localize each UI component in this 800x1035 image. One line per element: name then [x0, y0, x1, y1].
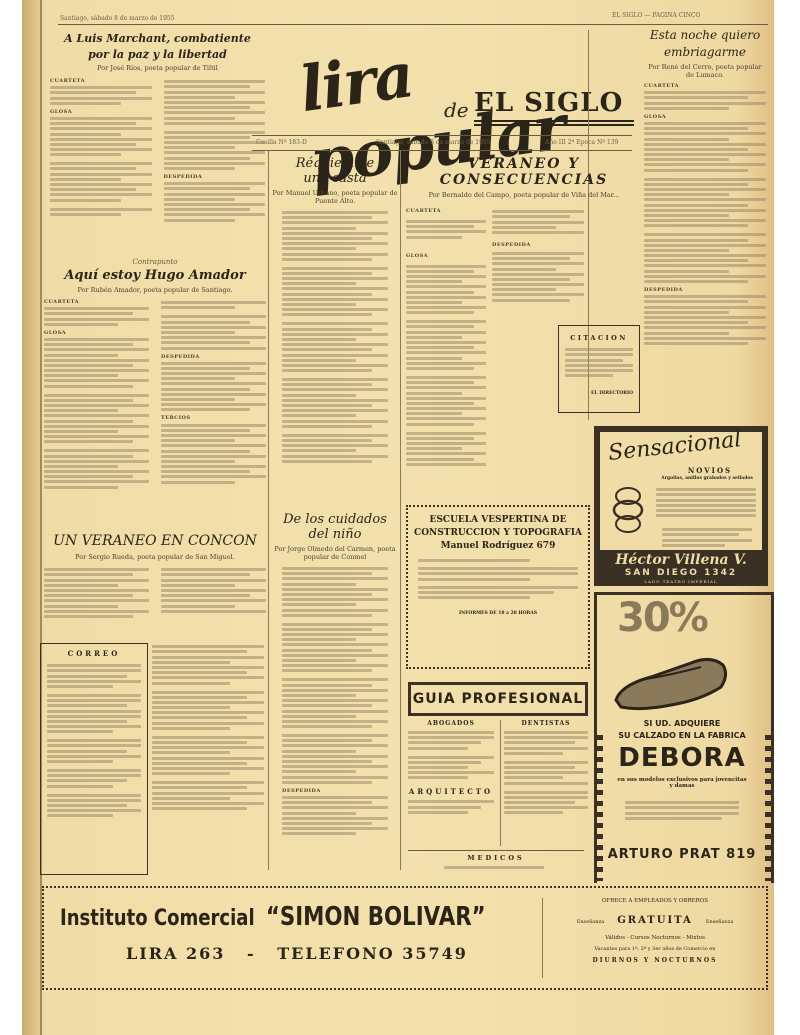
section-label: DESPEDIDA	[164, 174, 266, 180]
article-byline: Por José Ríos, poeta popular de Tiltil	[50, 64, 265, 72]
article-title: A Luis Marchant, combatiente	[50, 32, 265, 45]
section-label: TERCIOS	[161, 415, 266, 421]
section-label: GLOSA	[50, 109, 152, 115]
article-title: del niño	[272, 527, 398, 542]
article-veraneo: VERANEO Y CONSECUENCIAS Por Bernaldo del…	[404, 156, 644, 199]
veraneo-col2: DESPEDIDA	[492, 208, 584, 304]
novios-address: SAN DIEGO 1342	[594, 568, 768, 578]
escuela-line1: ESCUELA VESPERTINA DE	[408, 515, 588, 525]
concon-continued	[152, 643, 264, 812]
article-title: De los cuidados	[272, 512, 398, 527]
section-label: CUARTETA	[44, 299, 149, 305]
subline-rule-bottom	[252, 150, 632, 151]
guia-heading: ABOGADOS	[408, 720, 494, 727]
subline-rule-top	[252, 135, 632, 136]
novios-panel: Sensacional NOVIOS Argollas, anillos gra…	[600, 432, 762, 550]
film-border-left	[597, 735, 603, 881]
bolivar-name-1: Instituto Comercial	[60, 906, 255, 931]
article-concon: UN VERANEO EN CONCON Por Sergio Rueda, p…	[44, 533, 266, 620]
article-title: VERANEO Y	[404, 156, 644, 172]
column-rule	[268, 150, 269, 870]
section-label: GLOSA	[644, 114, 766, 120]
article-title: CONSECUENCIAS	[404, 172, 644, 188]
correo-title: CORREO	[41, 649, 147, 658]
bolivar-right-line4: Vacantes para 1º, 2º y 3er años de Comer…	[548, 946, 762, 952]
guia-divider	[500, 720, 501, 846]
article-title: por la paz y la libertad	[50, 48, 265, 61]
subline-right: Año III 2ª Epoca Nº 139	[545, 139, 618, 146]
article-title: UN VERANEO EN CONCON	[44, 533, 266, 549]
masthead: lira popular de EL SIGLO	[296, 30, 636, 130]
citacion-title: CITACION	[559, 334, 639, 342]
escuela-ad: ESCUELA VESPERTINA DE CONSTRUCCION Y TOP…	[406, 505, 590, 669]
bolivar-separator: -	[247, 944, 256, 963]
escuela-address: Manuel Rodríguez 679	[408, 541, 588, 551]
rings-icon	[608, 482, 648, 538]
shoe-icon	[611, 645, 731, 715]
bolivar-phone: TELEFONO 35749	[277, 944, 468, 963]
masthead-de: de	[444, 98, 469, 122]
debora-discount: 30%	[617, 595, 707, 641]
article-byline: Por René del Cerro, poeta popular de Lum…	[638, 63, 772, 79]
citacion-box: CITACION EL DIRECTORIO	[558, 325, 640, 413]
guia-title: GUIA PROFESIONAL	[411, 685, 585, 713]
debora-line1: SI UD. ADQUIERE	[597, 719, 767, 728]
article-byline: Por Bernaldo del Campo, poeta popular de…	[404, 191, 644, 199]
bolivar-right-word-left: Enseñanza	[577, 919, 604, 925]
article-byline: Por Jorge Olmedo del Carmen, poeta popul…	[272, 545, 398, 561]
masthead-underline	[474, 120, 634, 122]
bolivar-ad: Instituto Comercial “SIMON BOLIVAR” LIRA…	[42, 886, 768, 990]
article-title: Aquí estoy Hugo Amador	[44, 268, 266, 283]
masthead-underline-2	[474, 124, 634, 126]
bolivar-address: LIRA 263	[126, 944, 225, 963]
bolivar-right-highlight: GRATUITA	[617, 915, 693, 926]
article-amador: Contrapunto Aquí estoy Hugo Amador Por R…	[44, 258, 266, 491]
section-label: DESPEDIDA	[492, 242, 584, 248]
dateline-left: Santiago, sábado 8 de marzo de 1955	[60, 15, 175, 22]
guia-col-dentistas: DENTISTAS	[504, 720, 588, 816]
debora-tagline: en sus modelos exclusivos para jovencita…	[617, 777, 747, 789]
debora-line2: SU CALZADO EN LA FABRICA	[597, 731, 767, 740]
correo-box: CORREO	[40, 643, 148, 875]
bolivar-divider	[542, 898, 543, 978]
section-label: CUARTETA	[644, 83, 766, 89]
guia-profesional: GUIA PROFESIONAL ABOGADOS ARQUITECTO DEN…	[404, 680, 590, 876]
guia-heading: DENTISTAS	[504, 720, 588, 727]
article-title: embriagarme	[638, 45, 772, 59]
section-label: GLOSA	[406, 253, 486, 259]
article-cuidados: De los cuidados del niño Por Jorge Olmed…	[272, 512, 398, 837]
film-border-right	[765, 735, 771, 881]
guia-title-box: GUIA PROFESIONAL	[408, 682, 588, 716]
masthead-paper-name: EL SIGLO	[474, 88, 623, 118]
novios-note: LADO TEATRO IMPERIAL	[594, 579, 768, 584]
column-rule	[400, 150, 401, 870]
guia-medicos: MEDICOS	[408, 854, 584, 862]
bolivar-right-line1: OFRECE A EMPLEADOS Y OBREROS	[548, 898, 762, 904]
escuela-note: INFORMES DE 18 a 20 HORAS	[408, 611, 588, 616]
escuela-line2: CONSTRUCCION Y TOPOGRAFIA	[408, 528, 588, 538]
debora-address: ARTURO PRAT 819	[597, 847, 767, 862]
section-label: DESPEDIDA	[282, 788, 388, 794]
article-embriagarme: Esta noche quiero embriagarme Por René d…	[638, 28, 772, 351]
bolivar-right-line5: DIURNOS Y NOCTURNOS	[548, 957, 762, 964]
novios-heading: NOVIOS	[660, 466, 760, 475]
guia-rule	[408, 850, 584, 851]
article-title: Esta noche quiero	[638, 28, 772, 42]
debora-ad: 30% SI UD. ADQUIERE SU CALZADO EN LA FAB…	[594, 592, 774, 883]
subline-center: Santiago, sábado 8 de marzo de 1955	[376, 139, 491, 146]
bolivar-right-line3: Válidos - Cursos Nocturnos - Mixtos	[548, 935, 762, 941]
article-title: Réquiem de	[272, 156, 398, 171]
article-byline: Por Manuel Urbano, poeta popular de Puen…	[272, 189, 398, 205]
article-byline: Por Sergio Rueda, poeta popular de San M…	[44, 553, 266, 561]
section-label: DESPEDIDA	[161, 354, 266, 360]
section-label: CUARTETA	[50, 78, 152, 84]
bolivar-name-2: “SIMON BOLIVAR”	[266, 902, 486, 932]
bolivar-right-word-right: Enseñanza	[706, 919, 733, 925]
debora-brand: DEBORA	[597, 743, 767, 773]
guia-arquitecto: ARQUITECTO	[408, 787, 494, 796]
article-title: una casta	[272, 171, 398, 186]
article-byline: Por Rubén Amador, poeta popular de Santi…	[44, 286, 266, 294]
article-marchant: A Luis Marchant, combatiente por la paz …	[50, 32, 265, 224]
article-kicker: Contrapunto	[44, 258, 266, 266]
novios-ad: Sensacional NOVIOS Argollas, anillos gra…	[594, 426, 768, 586]
article-requiem: Réquiem de una casta Por Manuel Urbano, …	[272, 156, 398, 465]
veraneo-col1: CUARTETA GLOSA	[406, 208, 486, 468]
novios-subheading: Argollas, anillos grabados y sellados	[652, 476, 762, 481]
novios-script: Sensacional	[607, 427, 742, 466]
section-label: DESPEDIDA	[644, 287, 766, 293]
top-rule	[58, 24, 768, 25]
section-label: CUARTETA	[406, 208, 486, 214]
guia-col-abogados: ABOGADOS ARQUITECTO	[408, 720, 494, 816]
page-spine	[22, 0, 42, 1035]
novios-merchant: Héctor Villena V.	[594, 552, 768, 568]
citacion-signature: EL DIRECTORIO	[559, 391, 639, 396]
section-label: GLOSA	[44, 330, 149, 336]
